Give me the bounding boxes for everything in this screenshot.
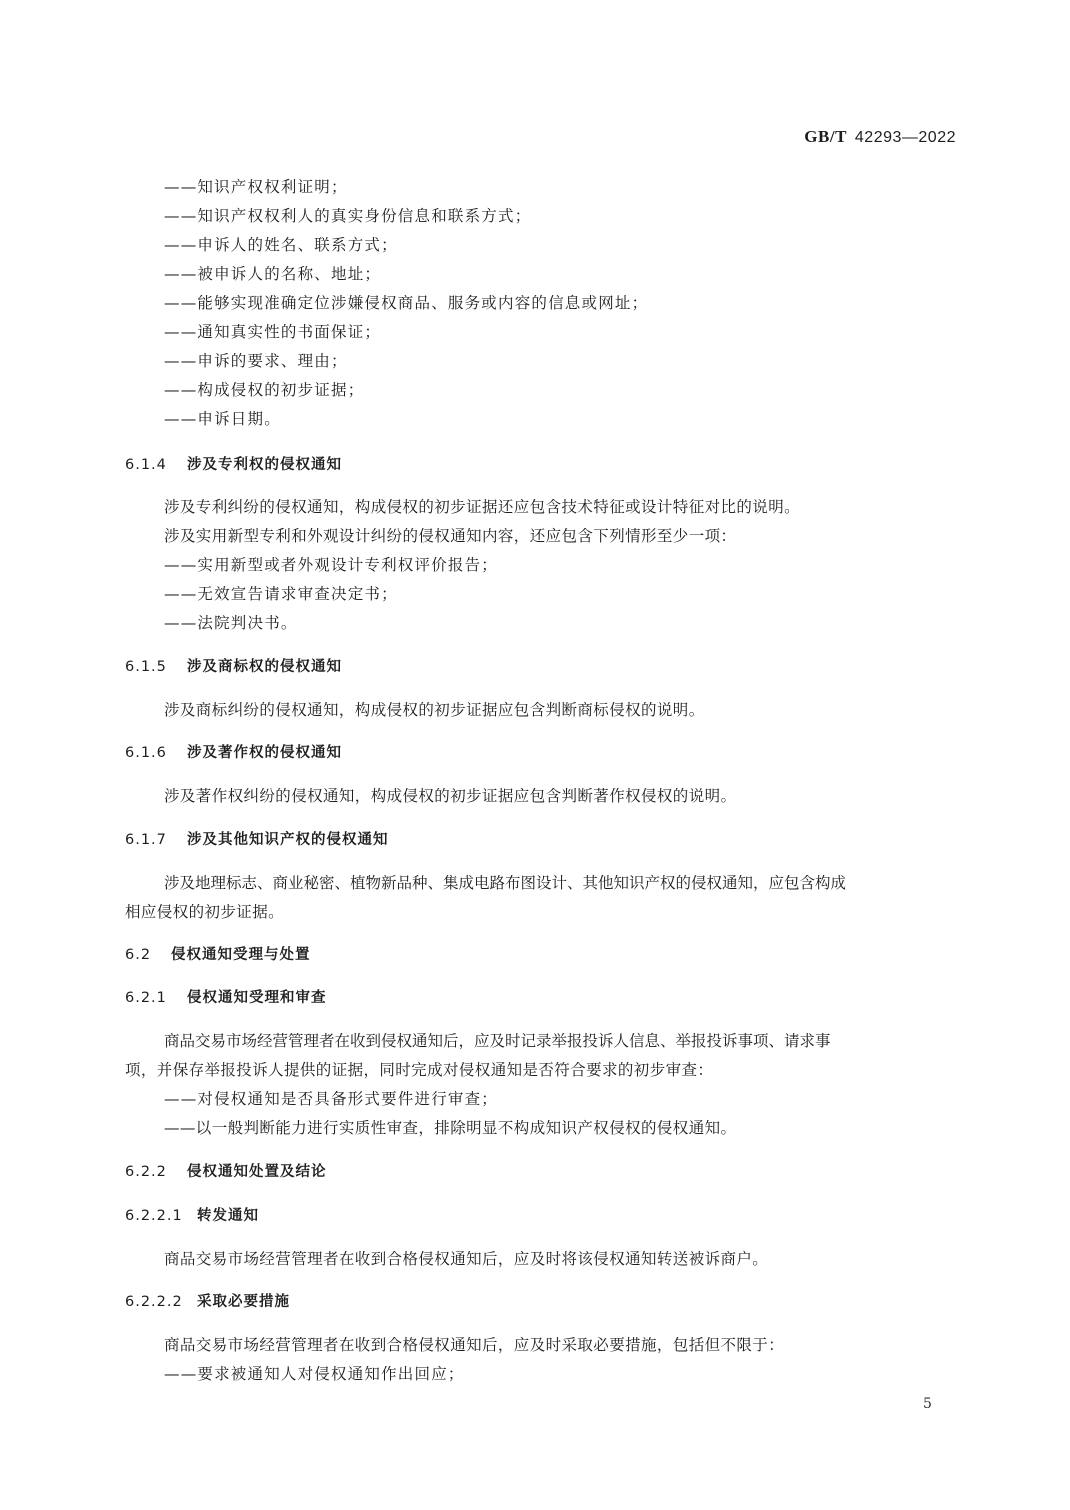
list-item: ——申诉人的姓名、联系方式；	[164, 235, 398, 255]
section-title: 侵权通知受理和审查	[187, 988, 327, 1008]
standard-prefix: GB/T	[804, 127, 847, 146]
paragraph-continuation: 项，并保存举报投诉人提供的证据，同时完成对侵权通知是否符合要求的初步审查：	[125, 1060, 713, 1080]
list-item: ——要求被通知人对侵权通知作出回应；	[164, 1364, 465, 1384]
list-item: ——构成侵权的初步证据；	[164, 380, 364, 400]
list-item: ——法院判决书。	[164, 613, 298, 633]
section-title: 涉及其他知识产权的侵权通知	[187, 830, 389, 850]
section-number: 6.2.1	[125, 988, 187, 1008]
section-heading-6-2: 6.2侵权通知受理与处置	[125, 945, 311, 965]
section-heading-6-1-4: 6.1.4涉及专利权的侵权通知	[125, 455, 342, 475]
list-item: ——能够实现准确定位涉嫌侵权商品、服务或内容的信息或网址；	[164, 293, 648, 313]
section-number: 6.1.4	[125, 455, 187, 475]
section-title: 涉及著作权的侵权通知	[187, 743, 342, 763]
section-title: 采取必要措施	[197, 1292, 290, 1312]
section-number: 6.1.6	[125, 743, 187, 763]
section-title: 涉及商标权的侵权通知	[187, 657, 342, 677]
standard-header: GB/T42293—2022	[804, 127, 956, 147]
section-number: 6.2.2.1	[125, 1206, 197, 1226]
section-title: 侵权通知处置及结论	[187, 1162, 327, 1182]
paragraph: 涉及专利纠纷的侵权通知，构成侵权的初步证据还应包含技术特征或设计特征对比的说明。	[164, 497, 800, 517]
paragraph: 涉及地理标志、商业秘密、植物新品种、集成电路布图设计、其他知识产权的侵权通知，应…	[164, 873, 846, 893]
list-item: ——被申诉人的名称、地址；	[164, 264, 381, 284]
paragraph: 涉及著作权纠纷的侵权通知，构成侵权的初步证据应包含判断著作权侵权的说明。	[164, 786, 736, 806]
list-item: ——以一般判断能力进行实质性审查，排除明显不构成知识产权侵权的侵权通知。	[164, 1118, 736, 1138]
section-title: 侵权通知受理与处置	[171, 945, 311, 965]
section-title: 涉及专利权的侵权通知	[187, 455, 342, 475]
list-item: ——申诉日期。	[164, 409, 281, 429]
section-heading-6-2-2-2: 6.2.2.2采取必要措施	[125, 1292, 290, 1312]
paragraph: 涉及实用新型专利和外观设计纠纷的侵权通知内容，还应包含下列情形至少一项：	[164, 526, 736, 546]
section-heading-6-1-7: 6.1.7涉及其他知识产权的侵权通知	[125, 830, 389, 850]
section-heading-6-2-2-1: 6.2.2.1转发通知	[125, 1206, 259, 1226]
list-item: ——对侵权通知是否具备形式要件进行审查；	[164, 1089, 498, 1109]
section-heading-6-1-5: 6.1.5涉及商标权的侵权通知	[125, 657, 342, 677]
section-heading-6-1-6: 6.1.6涉及著作权的侵权通知	[125, 743, 342, 763]
list-item: ——通知真实性的书面保证；	[164, 322, 381, 342]
section-heading-6-2-2: 6.2.2侵权通知处置及结论	[125, 1162, 327, 1182]
paragraph: 涉及商标纠纷的侵权通知，构成侵权的初步证据应包含判断商标侵权的说明。	[164, 700, 705, 720]
paragraph: 商品交易市场经营管理者在收到侵权通知后，应及时记录举报投诉人信息、举报投诉事项、…	[164, 1031, 831, 1051]
list-item: ——无效宣告请求审查决定书；	[164, 584, 398, 604]
page-number: 5	[923, 1396, 932, 1412]
paragraph: 商品交易市场经营管理者在收到合格侵权通知后，应及时将该侵权通知转送被诉商户。	[164, 1249, 768, 1269]
list-item: ——知识产权权利证明；	[164, 177, 348, 197]
section-number: 6.2.2	[125, 1162, 187, 1182]
section-title: 转发通知	[197, 1206, 259, 1226]
standard-number: 42293—2022	[855, 129, 956, 146]
section-number: 6.1.5	[125, 657, 187, 677]
section-number: 6.2	[125, 945, 171, 965]
section-number: 6.1.7	[125, 830, 187, 850]
paragraph-continuation: 相应侵权的初步证据。	[125, 902, 284, 922]
section-number: 6.2.2.2	[125, 1292, 197, 1312]
paragraph: 商品交易市场经营管理者在收到合格侵权通知后，应及时采取必要措施，包括但不限于：	[164, 1335, 784, 1355]
section-heading-6-2-1: 6.2.1侵权通知受理和审查	[125, 988, 327, 1008]
list-item: ——知识产权权利人的真实身份信息和联系方式；	[164, 206, 531, 226]
list-item: ——申诉的要求、理由；	[164, 351, 348, 371]
list-item: ——实用新型或者外观设计专利权评价报告；	[164, 555, 498, 575]
